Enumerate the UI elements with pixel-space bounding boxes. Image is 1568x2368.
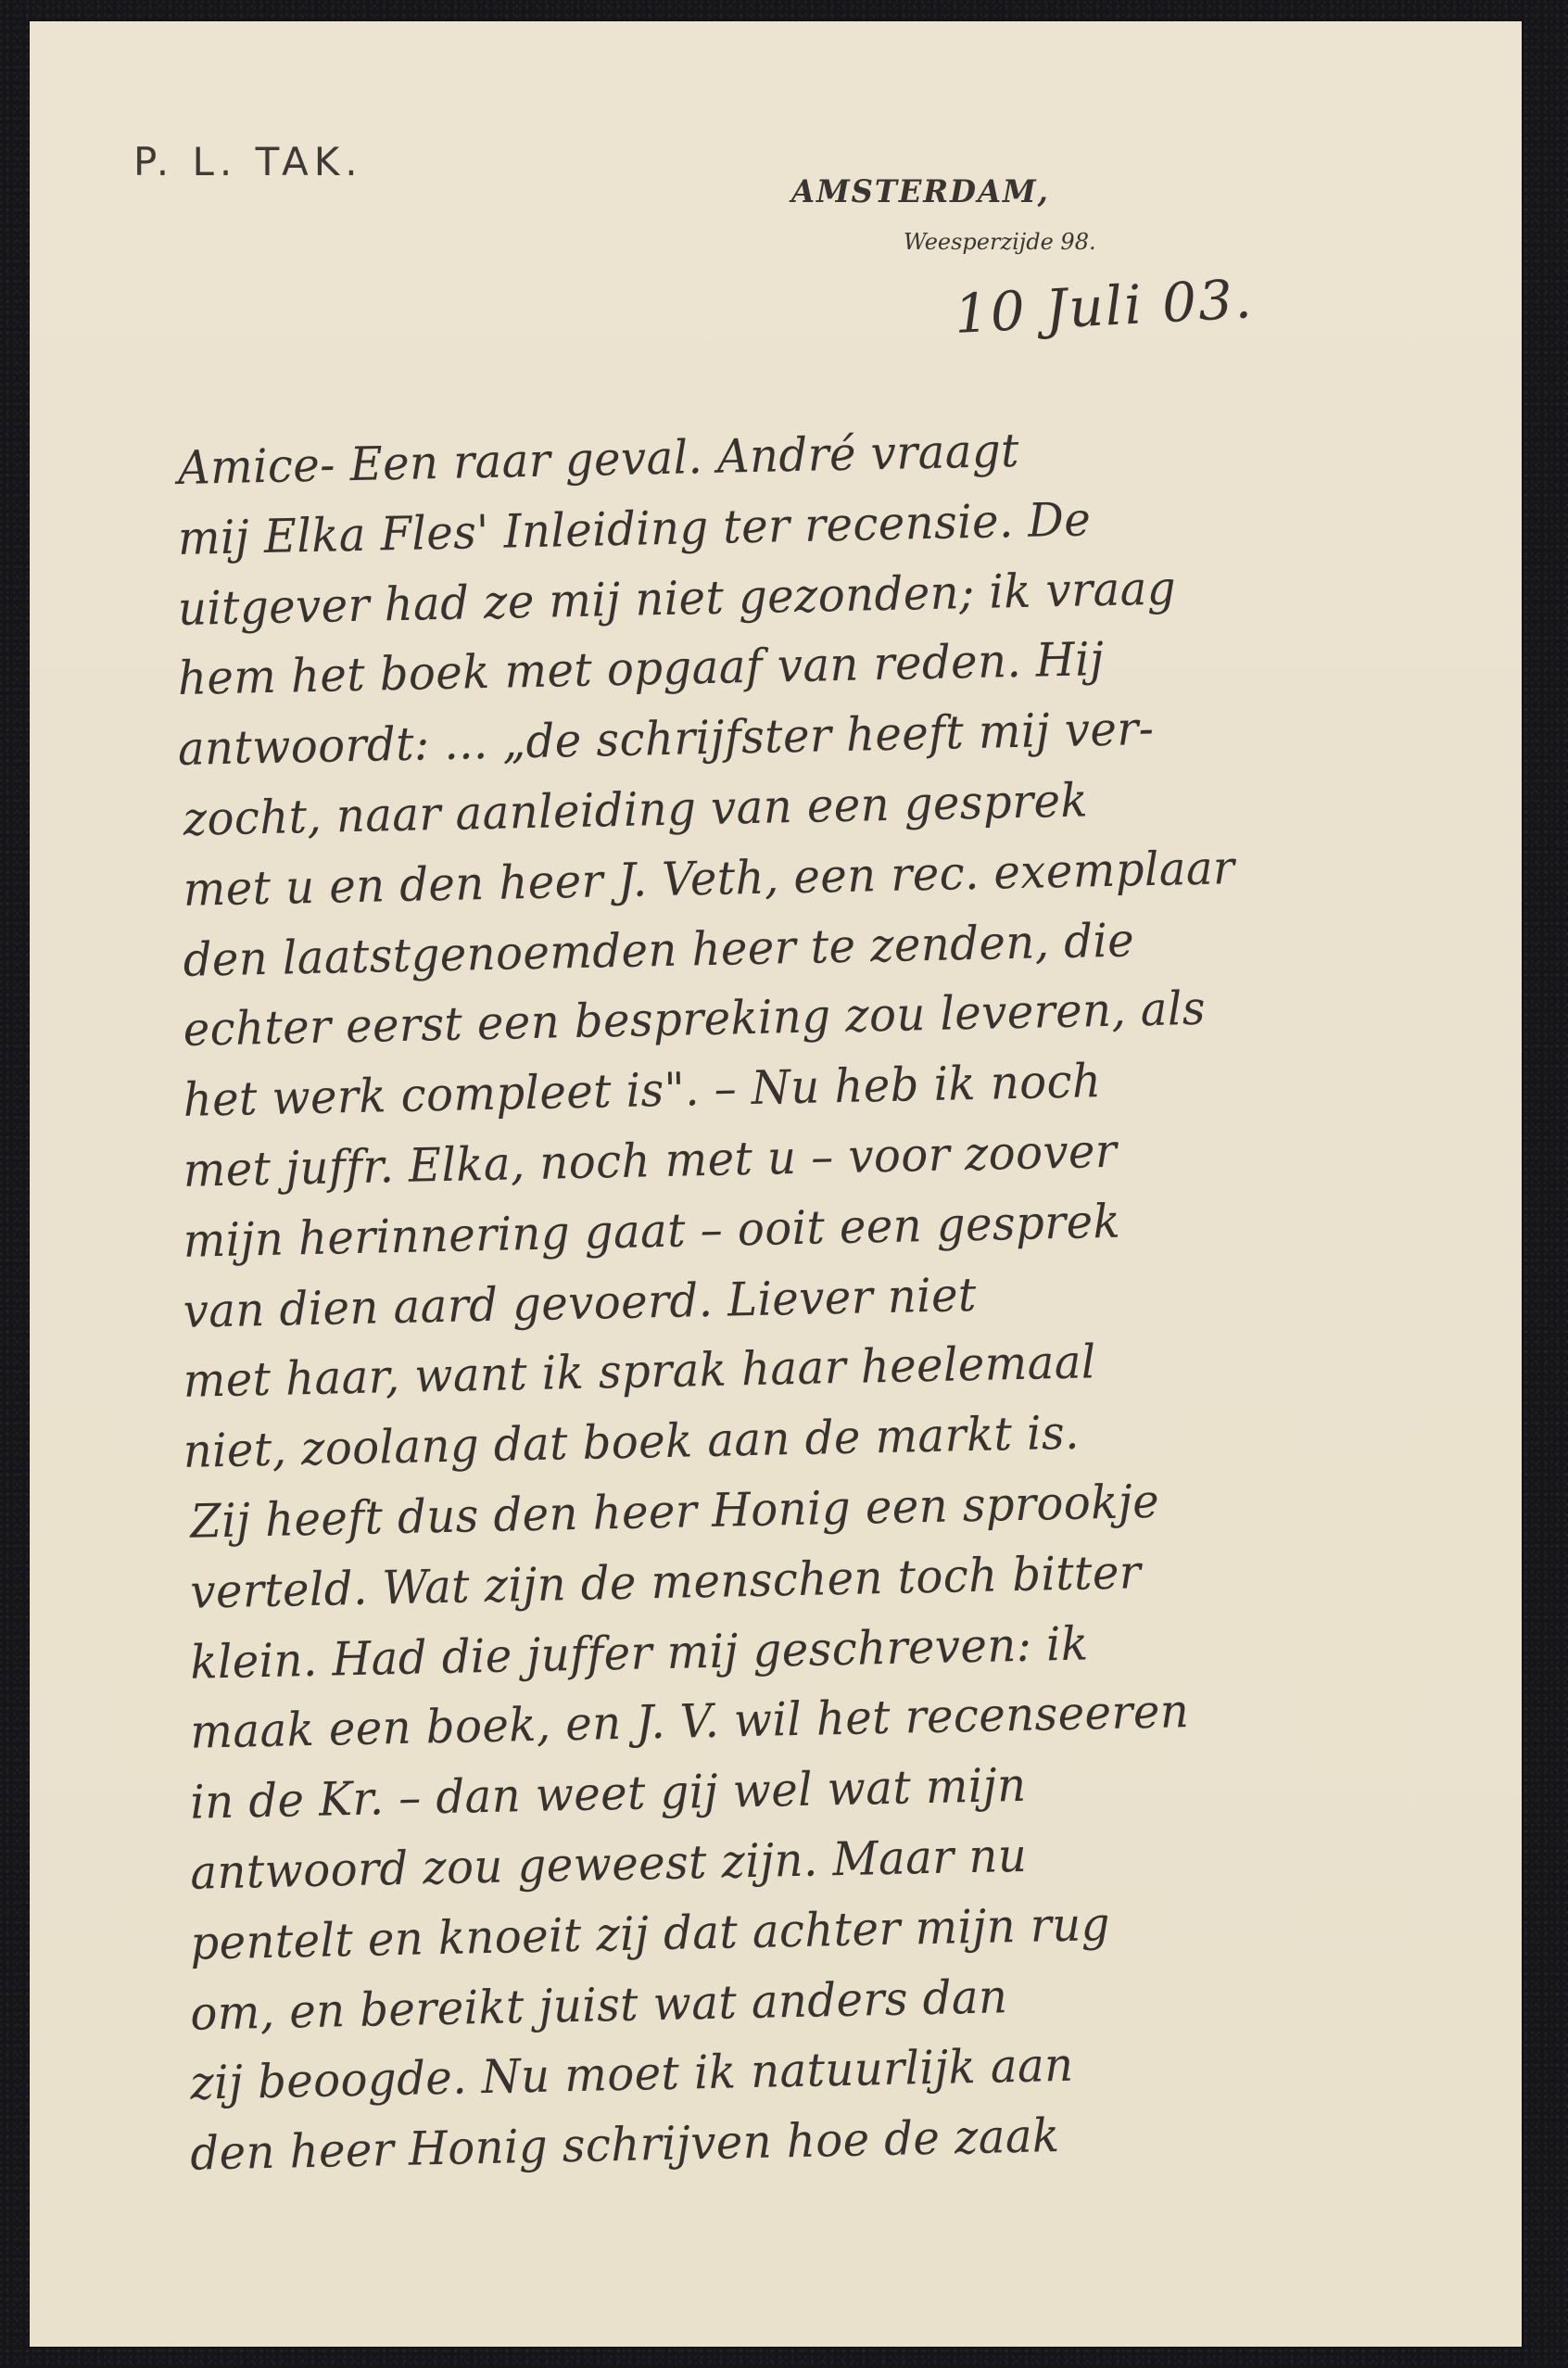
letter-sheet: P. L. TAK. AMSTERDAM, Weesperzijde 98. 1…	[30, 21, 1522, 2347]
letterhead-sender-name: P. L. TAK.	[133, 139, 363, 184]
handwritten-date: 10 Juli 03.	[953, 267, 1255, 346]
letterhead-city: AMSTERDAM,	[791, 173, 1050, 210]
letterhead-address: Weesperzijde 98.	[904, 229, 1096, 255]
letter-body: Amice- Een raar geval. André vraagt mij …	[178, 434, 1512, 2190]
